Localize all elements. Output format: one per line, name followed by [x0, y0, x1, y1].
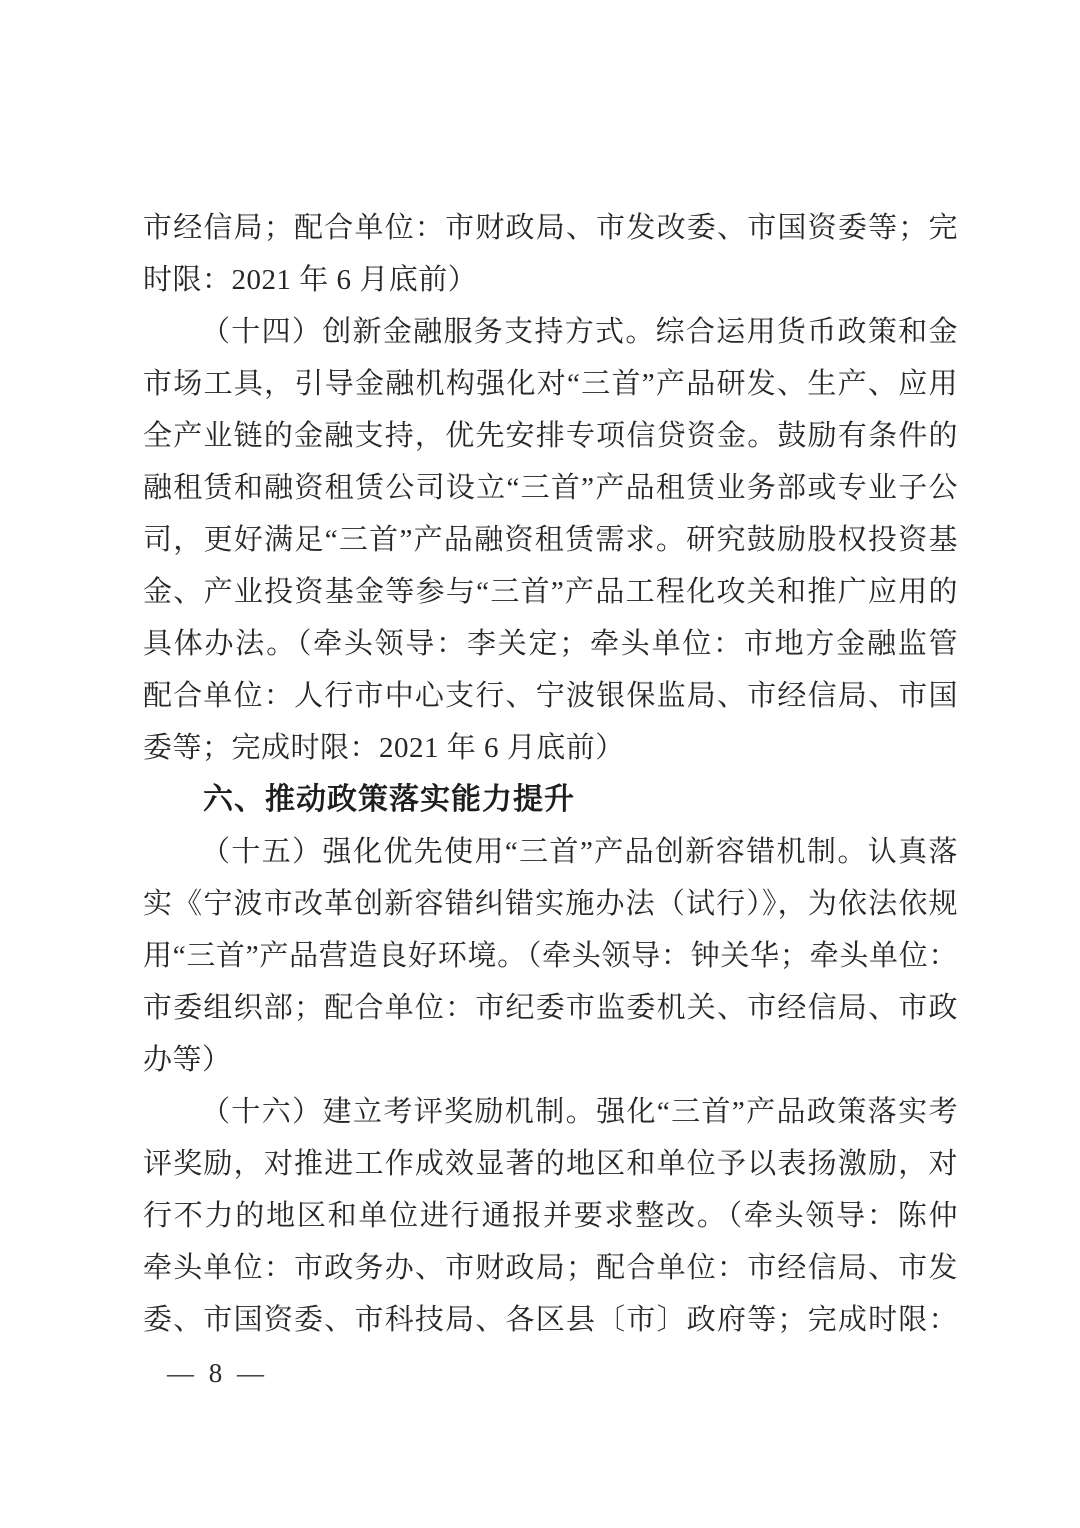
text-line: （十六）建立考评奖励机制。强化“三首”产品政策落实考: [143, 1086, 958, 1138]
text-line: 市场工具，引导金融机构强化对“三首”产品研发、生产、应用: [143, 358, 958, 410]
text-line: 司，更好满足“三首”产品融资租赁需求。研究鼓励股权投资基: [143, 514, 958, 566]
text-line: （十四）创新金融服务支持方式。综合运用货币政策和金融: [143, 306, 958, 358]
text-line: 市经信局；配合单位：市财政局、市发改委、市国资委等；完成: [143, 202, 958, 254]
text-line: 金、产业投资基金等参与“三首”产品工程化攻关和推广应用的: [143, 566, 958, 618]
text-line: 实《宁波市改革创新容错纠错实施办法（试行）》，为依法依规使: [143, 878, 958, 930]
text-line: 融租赁和融资租赁公司设立“三首”产品租赁业务部或专业子公: [143, 462, 958, 514]
section-heading: 六、推动政策落实能力提升: [143, 774, 958, 826]
text-line: 配合单位：人行市中心支行、宁波银保监局、市经信局、市国资: [143, 670, 958, 722]
text-line: 用“三首”产品营造良好环境。（牵头领导：钟关华；牵头单位：: [143, 930, 958, 982]
document-page: 市经信局；配合单位：市财政局、市发改委、市国资委等；完成 时限：2021 年 6…: [0, 0, 1080, 1528]
text-line: 评奖励，对推进工作成效显著的地区和单位予以表扬激励，对执: [143, 1138, 958, 1190]
text-line: 时限：2021 年 6 月底前）: [143, 254, 958, 306]
text-line: 委等；完成时限：2021 年 6 月底前）: [143, 722, 958, 774]
text-line: 行不力的地区和单位进行通报并要求整改。（牵头领导：陈仲朝；: [143, 1190, 958, 1242]
text-line: 具体办法。（牵头领导：李关定；牵头单位：市地方金融监管局；: [143, 618, 958, 670]
text-line: 牵头单位：市政务办、市财政局；配合单位：市经信局、市发改: [143, 1242, 958, 1294]
text-line: （十五）强化优先使用“三首”产品创新容错机制。认真落: [143, 826, 958, 878]
text-line: 市委组织部；配合单位：市纪委市监委机关、市经信局、市政务: [143, 982, 958, 1034]
document-body: 市经信局；配合单位：市财政局、市发改委、市国资委等；完成 时限：2021 年 6…: [143, 202, 958, 1346]
text-line: 全产业链的金融支持，优先安排专项信贷资金。鼓励有条件的金: [143, 410, 958, 462]
page-number: — 8 —: [167, 1358, 268, 1389]
text-line: 委、市国资委、市科技局、各区县〔市〕政府等；完成时限：2021: [143, 1294, 958, 1346]
text-line: 办等）: [143, 1034, 958, 1086]
